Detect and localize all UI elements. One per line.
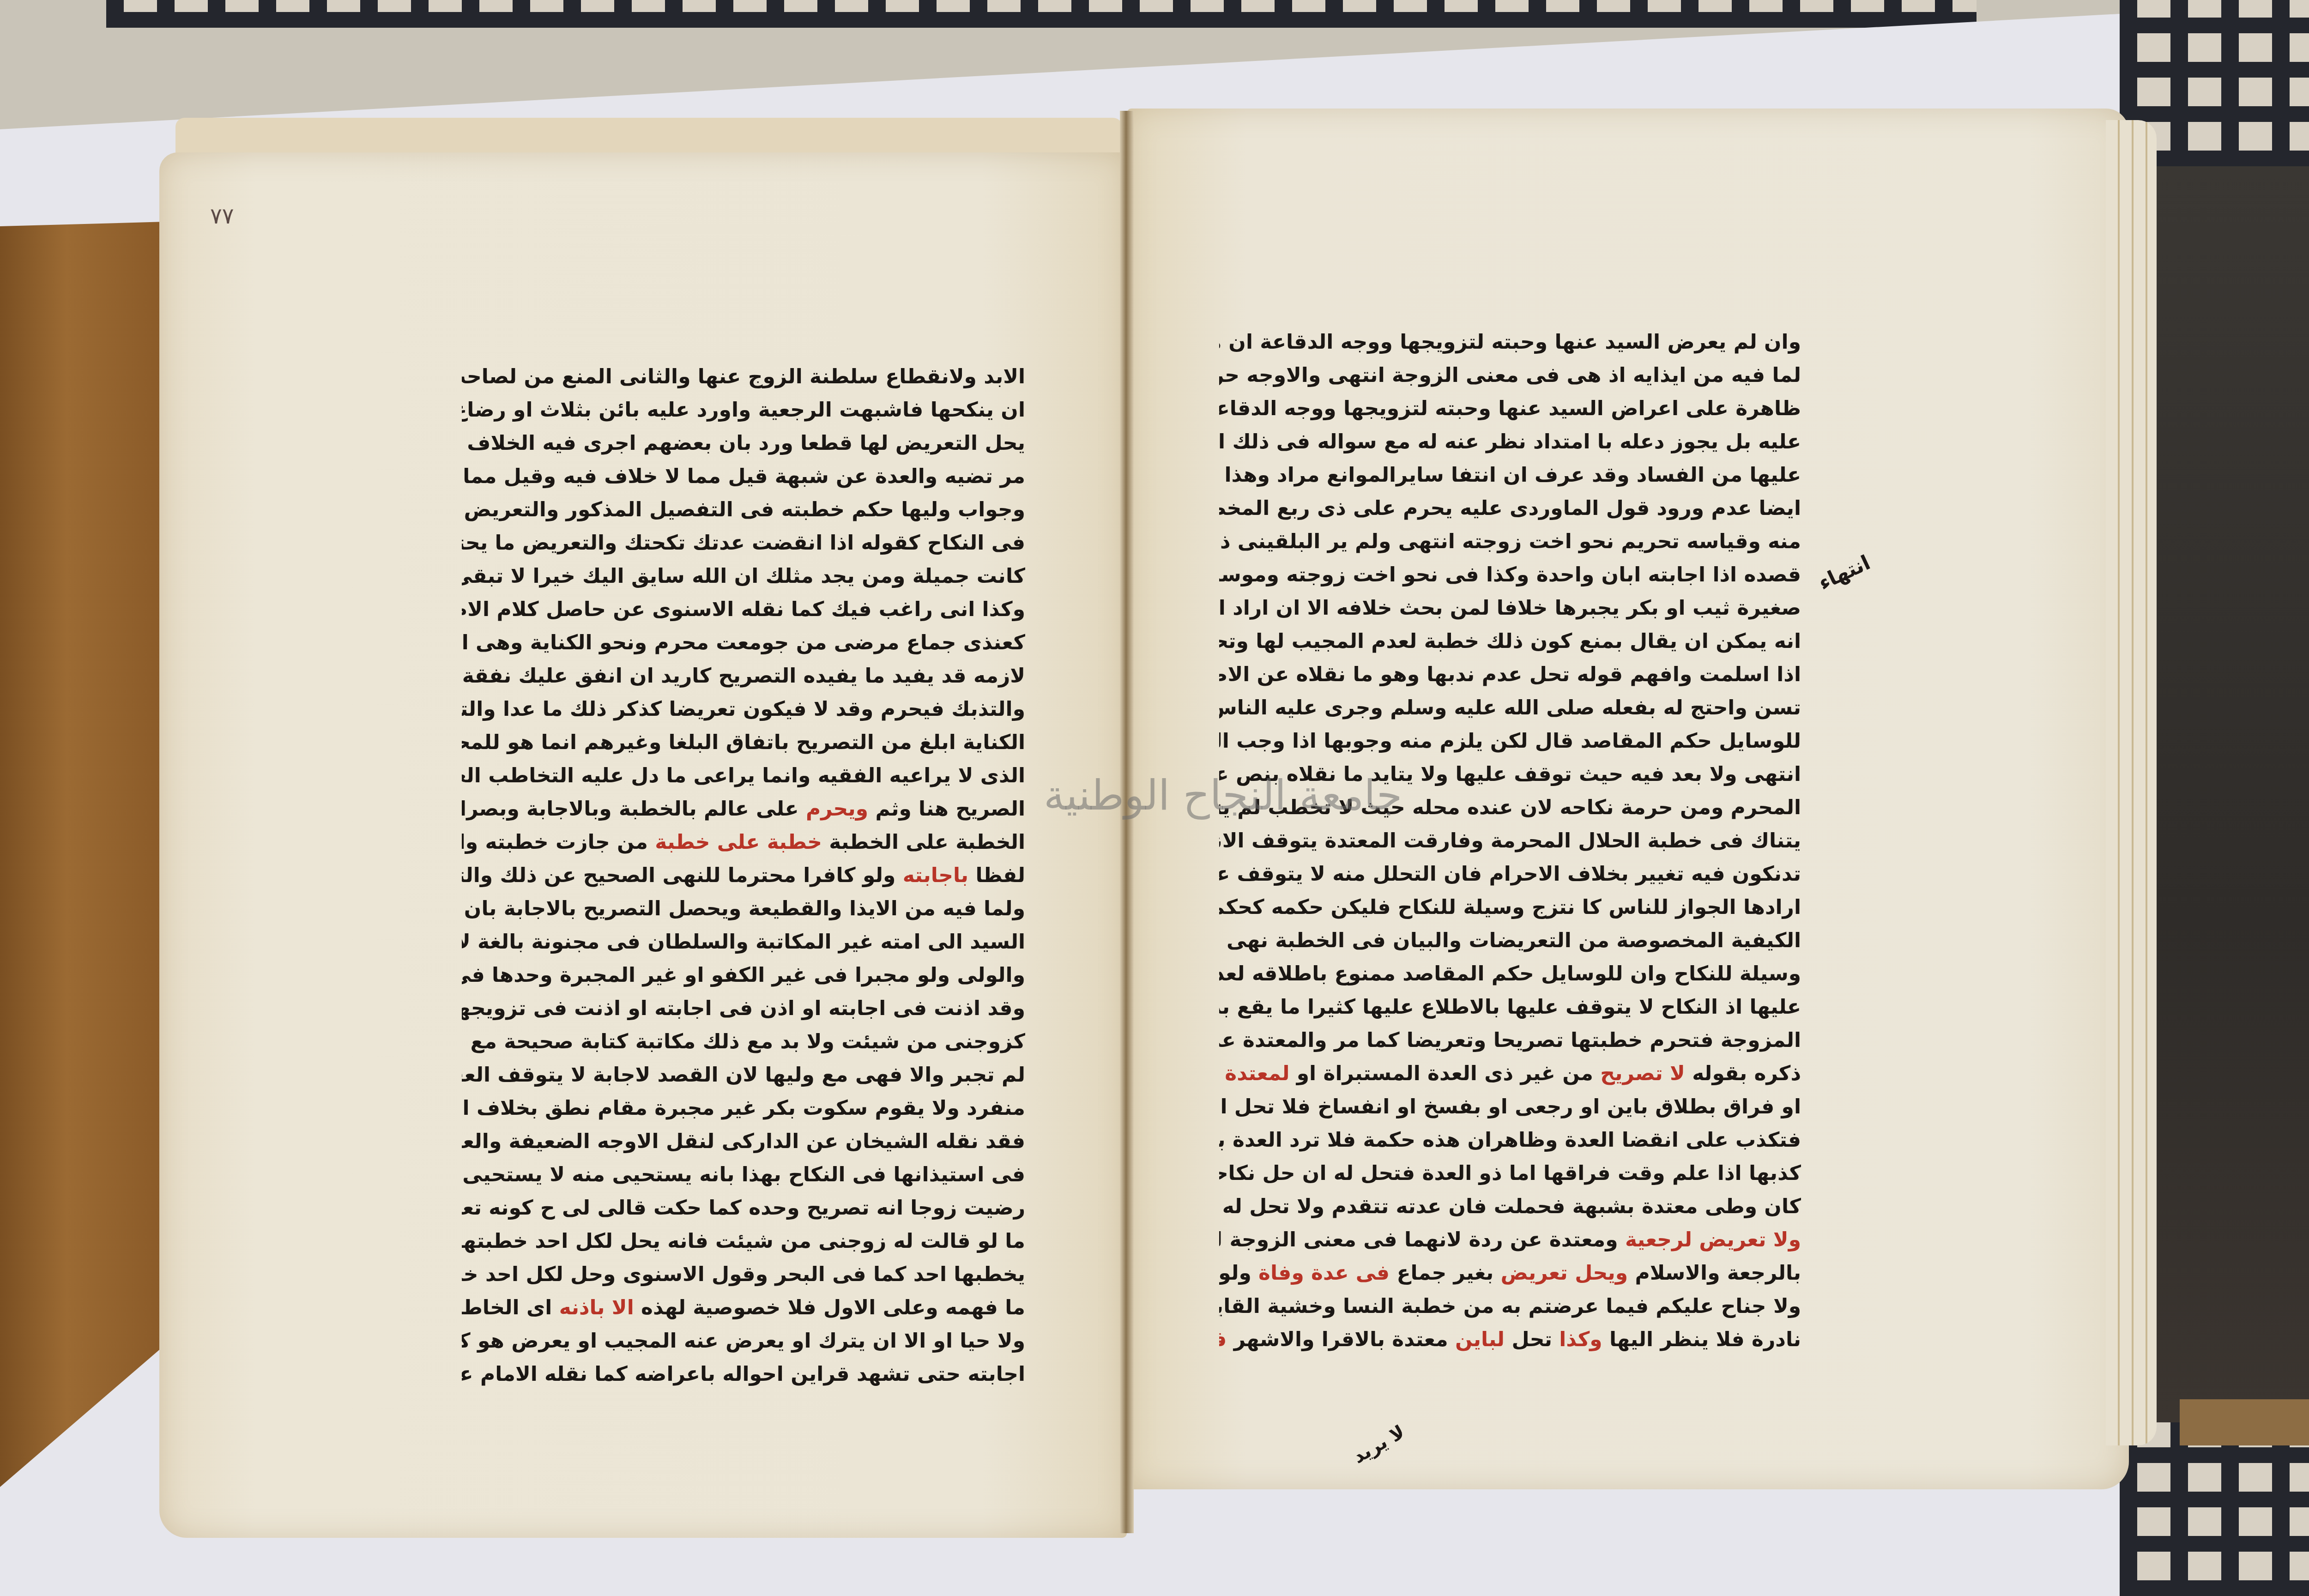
manuscript-line: الكناية ابلغ من التصريح باتفاق البلغا وغ… [462,726,1025,759]
manuscript-line: عليها اذ النكاح لا يتوقف عليها بالاطلاع … [1219,991,1801,1024]
body-text: الذى لا يراعيه الفقيه وانما يراعى ما دل … [462,764,1025,787]
body-text: كعنذى جماع مرضى من جومعت محرم ونحو الكنا… [462,631,1025,654]
body-text: تسن واحتج له بفعله صلى الله عليه وسلم وج… [1219,696,1801,719]
body-text: معتدة بالاقرا والاشهر [1227,1328,1455,1351]
rubric-text: ولا تعريض لرجعية [1625,1228,1801,1251]
body-text: لازمه قد يفيد ما يفيده التصريح كاريد ان … [462,664,1025,688]
body-text: ولما فيه من الايذا والقطيعة ويحصل التصري… [462,897,1025,920]
rubric-text: ويحل تعريض [1501,1261,1628,1285]
manuscript-line: ما فهمه وعلى الاول فلا خصوصية لهذه الا ب… [462,1291,1025,1324]
body-text: الكناية ابلغ من التصريح باتفاق البلغا وغ… [462,731,1025,754]
body-text: رضيت زوجا انه تصريح وحده كما حكت قالى لى… [462,1196,1025,1220]
body-text: وسيلة للنكاح وان للوسايل حكم المقاصد ممن… [1219,962,1801,985]
manuscript-line: الصريح هنا وثم ويحرم على عالم بالخطبة وب… [462,792,1025,826]
manuscript-line: يحل التعريض لها قطعا ورد بان بعضهم اجرى … [462,427,1025,460]
rubric-text: فى الاظهر [1219,1328,1227,1351]
manuscript-line: بالرجعة والاسلام ويحل تعريض بغير جماع فى… [1219,1257,1801,1290]
body-text: منه وقياسه تحريم نحو اخت زوجته انتهى ولم… [1219,530,1801,553]
body-text: عليها من الفساد وقد عرف ان انتفا سايرالم… [1219,463,1801,487]
manuscript-line: عليها من الفساد وقد عرف ان انتفا سايرالم… [1219,459,1801,492]
manuscript-line: الكيفية المخصوصة من التعريضات والبيان فى… [1219,924,1801,957]
body-text: والتذبك فيحرم وقد لا فيكون تعريضا كذكر ذ… [462,697,1025,721]
rubric-text: لا تصريح [1600,1062,1685,1085]
body-text: بالرجعة والاسلام [1628,1261,1801,1285]
body-text: الصريح هنا وثم [868,797,1025,821]
manuscript-line: صغيرة ثيب او بكر يجبرها خلافا لمن بحث خل… [1219,592,1801,625]
body-text: الخطبة على الخطبة [822,830,1025,854]
rubric-text: خطبة على خطبة [655,830,822,854]
rubric-text: لباين [1455,1328,1505,1351]
body-text: السيد الى امته غير المكاتبة والسلطان فى … [462,930,1025,954]
manuscript-line: منفرد ولا يقوم سكوت بكر غير مجبرة مقام ن… [462,1092,1025,1125]
body-text: ولو حاملا لقوله تعالى [1219,1261,1258,1285]
body-text: انه يمكن ان يقال بمنع كون ذلك خطبة لعدم … [1219,629,1801,653]
body-text: يتناك فى خطبة الحلال المحرمة وفارقت المع… [1219,829,1801,852]
manuscript-line: ولا تعريض لرجعية ومعتدة عن ردة لانهما فى… [1219,1223,1801,1257]
body-text: فتكذب على انقضا العدة وظاهران هذه حكمة ف… [1219,1128,1801,1152]
body-text: الكيفية المخصوصة من التعريضات والبيان فى… [1219,929,1801,952]
body-text: المزوجة فتحرم خطبتها تصريحا وتعريضا كما … [1219,1028,1801,1052]
body-text: بغير جماع [1390,1261,1500,1285]
metal-grid-rack [106,0,1977,28]
manuscript-line: او فراق بطلاق باين او رجعى او بفسخ او ان… [1219,1090,1801,1124]
body-text: فى النكاح كقوله اذا انقضت عدتك تكحتك وال… [462,531,1025,555]
page-stack-edges [2106,120,2157,1445]
manuscript-line: الخطبة على الخطبة خطبة على خطبة من جازت … [462,826,1025,859]
manuscript-line: نادرة فلا ينظر اليها وكذا تحل لباين معتد… [1219,1323,1801,1356]
manuscript-line: ولا جناح عليكم فيما عرضتم به من خطبة الن… [1219,1290,1801,1323]
leather-cover-left [0,222,166,1487]
body-text: ولا جناح عليكم فيما عرضتم به من خطبة الن… [1219,1294,1801,1318]
manuscript-line: منه وقياسه تحريم نحو اخت زوجته انتهى ولم… [1219,525,1801,558]
manuscript-line: ذكره بقوله لا تصريح من غير ذى العدة المس… [1219,1057,1801,1090]
manuscript-line: وكذا انى راغب فيك كما نقله الاسنوى عن حا… [462,593,1025,626]
manuscript-line: فى استيذانها فى النكاح بهذا بانه يستحيى … [462,1158,1025,1191]
folio-number: ٧٧ [210,203,234,229]
cover-edge [2180,1399,2309,1445]
manuscript-line: وقد اذنت فى اجابته او اذن فى اجابته او ا… [462,992,1025,1025]
rubric-text: لمعتدة [1225,1062,1289,1085]
manuscript-line: قصده اذا اجابته ابان واحدة وكذا فى نحو ا… [1219,558,1801,592]
manuscript-line: ما لو قالت له زوجنى من شيئت فانه يحل لكل… [462,1225,1025,1258]
manuscript-line: ان ينكحها فاشبهت الرجعية واورد عليه بائن… [462,393,1025,427]
body-text: ما فهمه وعلى الاول فلا خصوصية لهذه [634,1296,1025,1319]
body-text: نادرة فلا ينظر اليها [1602,1328,1801,1351]
manuscript-line: والتذبك فيحرم وقد لا فيكون تعريضا كذكر ذ… [462,693,1025,726]
manuscript-line: كزوجنى من شيئت ولا بد مع ذلك مكاتبة كتاب… [462,1025,1025,1058]
manuscript-line: كانت جميلة ومن يجد مثلك ان الله سايق الي… [462,560,1025,593]
body-text: لم تجبر والا فهى مع وليها لان القصد لاجا… [462,1063,1025,1087]
manuscript-line: لفظا باجابته ولو كافرا محترما للنهى الصح… [462,859,1025,892]
body-text: وان لم يعرض السيد عنها وحبته لتزويجها وو… [1219,330,1801,354]
manuscript-line: اذا اسلمت وافهم قوله تحل عدم ندبها وهو م… [1219,658,1801,691]
body-text: صغيرة ثيب او بكر يجبرها خلافا لمن بحث خل… [1219,596,1801,620]
manuscript-line: يتناك فى خطبة الحلال المحرمة وفارقت المع… [1219,824,1801,858]
manuscript-line: رضيت زوجا انه تصريح وحده كما حكت قالى لى… [462,1191,1025,1225]
body-text: ذكره بقوله [1685,1062,1801,1085]
right-page-text: وان لم يعرض السيد عنها وحبته لتزويجها وو… [1219,326,1801,1356]
manuscript-line: لازمه قد يفيد ما يفيده التصريح كاريد ان … [462,659,1025,693]
body-text: فقد نقله الشيخان عن الداركى لنقل الاوجه … [462,1130,1025,1153]
body-text: ايضا عدم ورود قول الماوردى عليه يحرم على… [1219,496,1801,520]
body-text: وقد اذنت فى اجابته او اذن فى اجابته او ا… [462,997,1025,1020]
body-text: وكذا انى راغب فيك كما نقله الاسنوى عن حا… [462,598,1025,621]
manuscript-line: ايضا عدم ورود قول الماوردى عليه يحرم على… [1219,492,1801,525]
body-text: لما فيه من ايذايه اذ هى فى معنى الزوجة ا… [1219,363,1801,387]
rubric-text: الا باذنه [559,1296,634,1319]
body-text: وجواب وليها حكم خطبته فى التفصيل المذكور… [462,498,1025,521]
manuscript-line: ارادها الجواز للناس كا نتزج وسيلة للنكاح… [1219,891,1801,924]
body-text: اجابته حتى تشهد قراين احواله باعراضه كما… [462,1362,1025,1386]
rubric-text: باجابته [903,864,968,887]
body-text: ظاهرة على اعراض السيد عنها وحبته لتزويجه… [1219,397,1801,420]
body-text: ومعتدة عن ردة لانهما فى معنى الزوجة لعود… [1219,1228,1625,1251]
manuscript-line: الابد ولانقطاع سلطنة الزوج عنها والثانى … [462,360,1025,393]
body-text: عن وفاة او شبهة [1219,1062,1225,1085]
body-text: يحل التعريض لها قطعا ورد بان بعضهم اجرى … [462,431,1025,455]
manuscript-line: السيد الى امته غير المكاتبة والسلطان فى … [462,925,1025,959]
manuscript-line: المزوجة فتحرم خطبتها تصريحا وتعريضا كما … [1219,1024,1801,1057]
body-text: لفظا [968,864,1025,887]
library-watermark: جامعة النجاح الوطنية [1044,771,1402,820]
body-text: او فراق بطلاق باين او رجعى او بفسخ او ان… [1219,1095,1801,1118]
body-text: اذا اسلمت وافهم قوله تحل عدم ندبها وهو م… [1219,663,1801,686]
body-text: كان وطى معتدة بشبهة فحملت فان عدته تتقدم… [1219,1195,1801,1218]
body-text: فى استيذانها فى النكاح بهذا بانه يستحيى … [462,1163,1025,1186]
manuscript-line: ظاهرة على اعراض السيد عنها وحبته لتزويجه… [1219,392,1801,425]
manuscript-line: لم تجبر والا فهى مع وليها لان القصد لاجا… [462,1058,1025,1092]
manuscript-line: ولا حيا او الا ان يترك او يعرض عنه المجي… [462,1324,1025,1358]
body-text: ان ينكحها فاشبهت الرجعية واورد عليه بائن… [462,398,1025,422]
manuscript-line: فى النكاح كقوله اذا انقضت عدتك تكحتك وال… [462,526,1025,560]
manuscript-line: لما فيه من ايذايه اذ هى فى معنى الزوجة ا… [1219,359,1801,392]
manuscript-line: تسن واحتج له بفعله صلى الله عليه وسلم وج… [1219,691,1801,725]
body-text: والولى ولو مجبرا فى غير الكفو او غير الم… [462,963,1025,987]
manuscript-line: وان لم يعرض السيد عنها وحبته لتزويجها وو… [1219,326,1801,359]
body-text: من غير ذى العدة المستبراة او [1289,1062,1600,1085]
body-text: على عالم بالخطبة وبالاجابة وبصراحتها وبح… [462,797,806,821]
body-text: ارادها الجواز للناس كا نتزج وسيلة للنكاح… [1219,895,1801,919]
manuscript-line: انه يمكن ان يقال بمنع كون ذلك خطبة لعدم … [1219,625,1801,658]
body-text: ولا حيا او الا ان يترك او يعرض عنه المجي… [462,1329,1025,1353]
manuscript-line: كعنذى جماع مرضى من جومعت محرم ونحو الكنا… [462,626,1025,659]
manuscript-line: فقد نقله الشيخان عن الداركى لنقل الاوجه … [462,1125,1025,1158]
body-text: ولو كافرا محترما للنهى الصحيح عن ذلك وال… [462,864,903,887]
manuscript-line: فتكذب على انقضا العدة وظاهران هذه حكمة ف… [1219,1124,1801,1157]
metal-grid-rack [2120,1420,2309,1596]
manuscript-line: اجابته حتى تشهد قراين احواله باعراضه كما… [462,1358,1025,1391]
body-text: منفرد ولا يقوم سكوت بكر غير مجبرة مقام ن… [462,1096,1025,1120]
manuscript-line: والولى ولو مجبرا فى غير الكفو او غير الم… [462,959,1025,992]
manuscript-line: تدنكون فيه تغيير بخلاف الاحرام فان التحل… [1219,858,1801,891]
body-text: مر تضيه والعدة عن شبهة قيل مما لا خلاف ف… [462,465,1025,488]
body-text: ما لو قالت له زوجنى من شيئت فانه يحل لكل… [462,1229,1025,1253]
body-text: اى الخاطب له من غير خوف [462,1296,559,1319]
manuscript-line: كان وطى معتدة بشبهة فحملت فان عدته تتقدم… [1219,1190,1801,1223]
body-text: للوسايل حكم المقاصد قال لكن يلزم منه وجو… [1219,729,1801,753]
manuscript-line: مر تضيه والعدة عن شبهة قيل مما لا خلاف ف… [462,460,1025,493]
manuscript-line: الذى لا يراعيه الفقيه وانما يراعى ما دل … [462,759,1025,792]
body-text: عليه بل يجوز دعله با امتداد نظر عنه له م… [1219,430,1801,453]
manuscript-line: كذبها اذا علم وقت فراقها اما ذو العدة فت… [1219,1157,1801,1190]
body-text: الابد ولانقطاع سلطنة الزوج عنها والثانى … [462,365,1025,388]
body-text: كذبها اذا علم وقت فراقها اما ذو العدة فت… [1219,1161,1801,1185]
body-text: قصده اذا اجابته ابان واحدة وكذا فى نحو ا… [1219,563,1801,586]
body-text: كزوجنى من شيئت ولا بد مع ذلك مكاتبة كتاب… [462,1030,1025,1053]
book-gutter [1120,111,1134,1533]
manuscript-line: عليه بل يجوز دعله با امتداد نظر عنه له م… [1219,425,1801,459]
manuscript-line: وجواب وليها حكم خطبته فى التفصيل المذكور… [462,493,1025,526]
body-text: من جازت خطبته وان كرهت وقد [462,830,655,854]
body-text: عليها اذ النكاح لا يتوقف عليها بالاطلاع … [1219,995,1801,1019]
body-text: كانت جميلة ومن يجد مثلك ان الله سايق الي… [462,564,1025,588]
manuscript-line: للوسايل حكم المقاصد قال لكن يلزم منه وجو… [1219,725,1801,758]
rubric-text: وكذا [1559,1328,1602,1351]
body-text: تدنكون فيه تغيير بخلاف الاحرام فان التحل… [1219,862,1801,886]
rubric-text: ويحرم [806,797,868,821]
rubric-text: فى عدة وفاة [1258,1261,1390,1285]
body-text: تحل [1505,1328,1559,1351]
manuscript-line: ولما فيه من الايذا والقطيعة ويحصل التصري… [462,892,1025,925]
manuscript-line: يخطبها احد كما فى البحر وقول الاسنوى وحل… [462,1258,1025,1291]
left-page-text: الابد ولانقطاع سلطنة الزوج عنها والثانى … [462,360,1025,1391]
manuscript-line: وسيلة للنكاح وان للوسايل حكم المقاصد ممن… [1219,957,1801,991]
body-text: يخطبها احد كما فى البحر وقول الاسنوى وحل… [462,1263,1025,1286]
